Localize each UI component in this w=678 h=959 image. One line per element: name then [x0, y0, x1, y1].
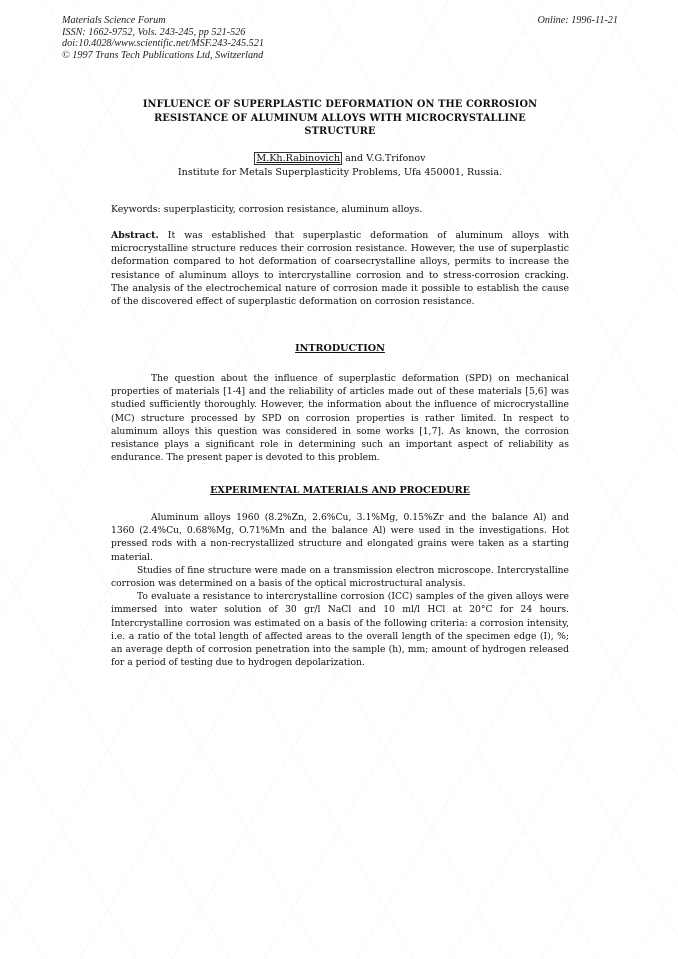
abstract-text: It was established that superplastic def… [111, 230, 569, 307]
journal-name: Materials Science Forum [62, 15, 264, 27]
abstract: Abstract. It was established that superp… [111, 229, 569, 308]
paragraph: Aluminum alloys 1960 (8.2%Zn, 2.6%Cu, 3.… [111, 511, 569, 564]
title-line: INFLUENCE OF SUPERPLASTIC DEFORMATION ON… [110, 98, 570, 112]
title-line: RESISTANCE OF ALUMINUM ALLOYS WITH MICRO… [110, 112, 570, 126]
paragraph: To evaluate a resistance to intercrystal… [111, 590, 569, 669]
copyright-line: © 1997 Trans Tech Publications Ltd, Swit… [62, 50, 264, 62]
author-link[interactable]: M.Kh.Rabinovich [254, 152, 342, 165]
affiliation: Institute for Metals Superplasticity Pro… [110, 166, 570, 180]
introduction-body: The question about the influence of supe… [111, 372, 569, 464]
background-watermark [0, 0, 678, 959]
author-line: M.Kh.Rabinovich and V.G.Trifonov [110, 152, 570, 166]
doi-link[interactable]: doi:10.4028/www.scientific.net/MSF.243-2… [62, 38, 264, 50]
section-heading-experimental: EXPERIMENTAL MATERIALS AND PROCEDURE [110, 485, 570, 496]
authors-block: M.Kh.Rabinovich and V.G.Trifonov Institu… [110, 152, 570, 180]
paragraph: Studies of fine structure were made on a… [111, 564, 569, 590]
experimental-body: Aluminum alloys 1960 (8.2%Zn, 2.6%Cu, 3.… [111, 511, 569, 669]
co-author: and V.G.Trifonov [342, 153, 426, 164]
keywords: Keywords: superplasticity, corrosion res… [111, 203, 569, 216]
abstract-label: Abstract. [111, 230, 159, 241]
online-date: Online: 1996-11-21 [538, 15, 618, 26]
title-line: STRUCTURE [110, 125, 570, 139]
journal-header: Materials Science Forum ISSN: 1662-9752,… [62, 15, 264, 61]
issn-line: ISSN: 1662-9752, Vols. 243-245, pp 521-5… [62, 27, 264, 39]
paper-title: INFLUENCE OF SUPERPLASTIC DEFORMATION ON… [110, 98, 570, 139]
section-heading-introduction: INTRODUCTION [110, 343, 570, 354]
paragraph: The question about the influence of supe… [111, 372, 569, 464]
